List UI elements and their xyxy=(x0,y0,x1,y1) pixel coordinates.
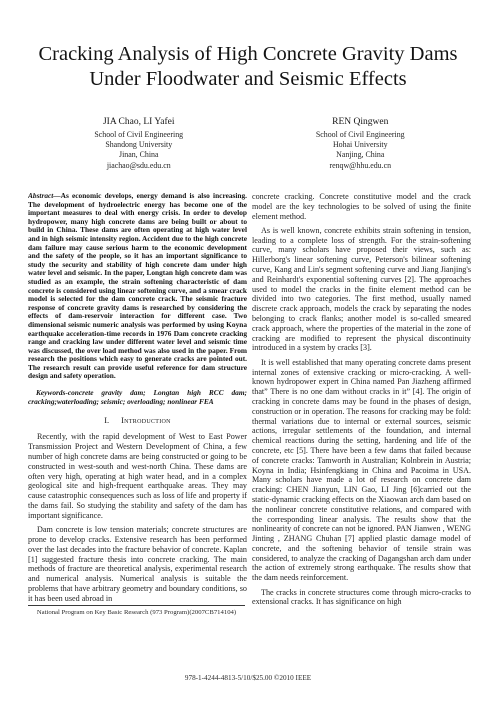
body-paragraph-microcracks: The cracks in concrete structures come t… xyxy=(252,588,471,608)
body-paragraph-strain-softening: As is well known, concrete exhibits stra… xyxy=(252,226,471,353)
author-email: jiachao@sdu.edu.cn xyxy=(28,161,250,171)
body-paragraph-continuation: concrete cracking. Concrete constitutive… xyxy=(252,192,471,221)
body-paragraph-cracking-dams: It is well established that many operati… xyxy=(252,358,471,583)
abstract-paragraph: Abstract—As economic develops, energy de… xyxy=(28,192,247,381)
author-city: Nanjing, China xyxy=(250,150,472,160)
author-department: School of Civil Engineering xyxy=(28,130,250,140)
author-blocks: JIA Chao, LI Yafei School of Civil Engin… xyxy=(28,116,471,171)
copyright-footer: 978-1-4244-4813-5/10/$25.00 ©2010 IEEE xyxy=(0,674,496,682)
author-block-left: JIA Chao, LI Yafei School of Civil Engin… xyxy=(28,116,250,171)
author-university: Hohai University xyxy=(250,140,472,150)
author-name: JIA Chao, LI Yafei xyxy=(28,116,250,128)
keywords-paragraph: Keywords-concrete gravity dam; Longtan h… xyxy=(28,389,247,406)
paper-page: Cracking Analysis of High Concrete Gravi… xyxy=(0,0,496,702)
author-name: REN Qingwen xyxy=(250,116,472,128)
section-title: Introduction xyxy=(121,416,171,425)
author-university: Shandong University xyxy=(28,140,250,150)
author-email: renqw@hhu.edu.cn xyxy=(250,161,472,171)
abstract-text: As economic develops, energy demand is a… xyxy=(28,192,247,380)
author-department: School of Civil Engineering xyxy=(250,130,472,140)
author-block-right: REN Qingwen School of Civil Engineering … xyxy=(250,116,472,171)
title-line-2: Under Floodwater and Seismic Effects xyxy=(0,67,496,92)
author-city: Jinan, China xyxy=(28,150,250,160)
intro-paragraph-2: Dam concrete is low tension materials; c… xyxy=(28,525,247,603)
section-number: I. xyxy=(104,416,109,425)
title-line-1: Cracking Analysis of High Concrete Gravi… xyxy=(0,42,496,67)
intro-paragraph-1: Recently, with the rapid development of … xyxy=(28,432,247,520)
page-title: Cracking Analysis of High Concrete Gravi… xyxy=(0,42,496,91)
right-column: concrete cracking. Concrete constitutive… xyxy=(252,192,471,632)
section-heading-introduction: I.Introduction xyxy=(28,416,247,426)
left-column: Abstract—As economic develops, energy de… xyxy=(28,192,247,604)
funding-footnote: National Program on Key Basic Research (… xyxy=(28,605,245,617)
